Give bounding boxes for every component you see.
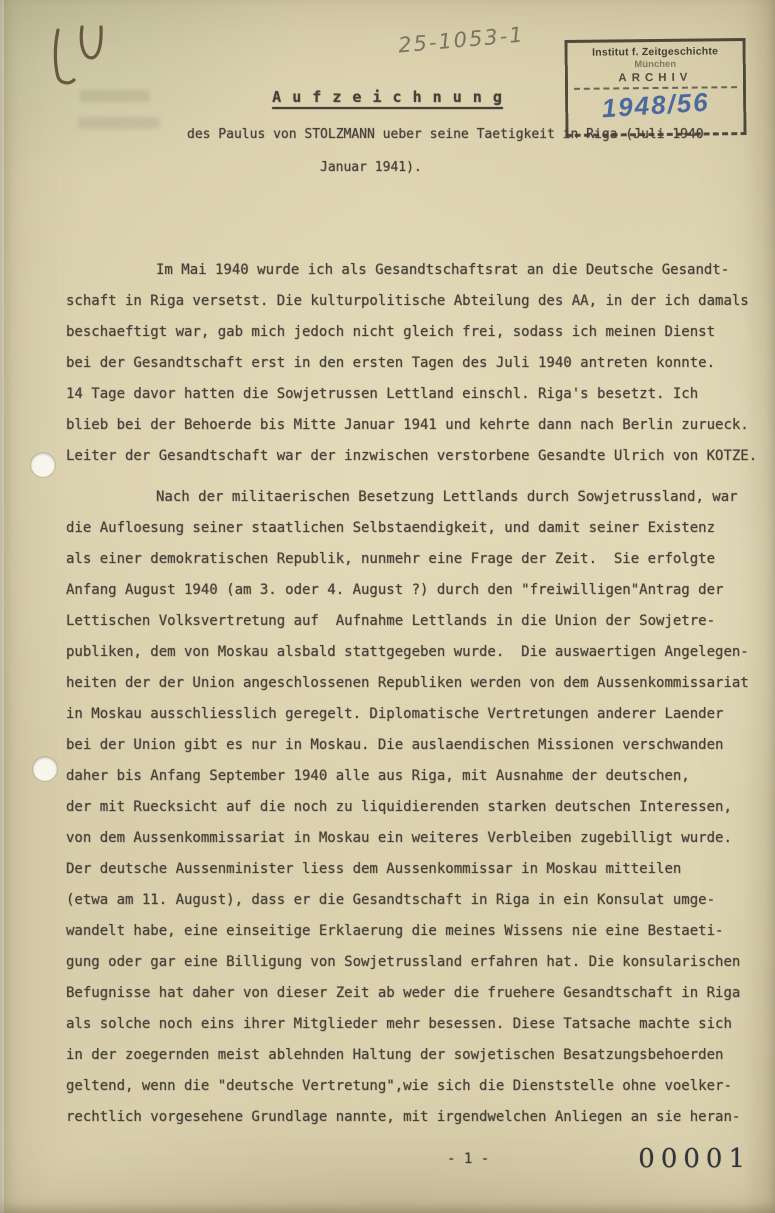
typed-line: rechtlich vorgesehene Grundlage nannte, … [66, 1102, 761, 1133]
typed-line: gung oder gar eine Billigung von Sowjetr… [66, 947, 761, 978]
typed-line: in Moskau ausschliesslich geregelt. Dipl… [66, 699, 761, 730]
typed-line: (etwa am 11. August), dass er die Gesand… [66, 885, 761, 916]
typed-line: Leiter der Gesandtschaft war der inzwisc… [66, 441, 761, 472]
typed-line: wandelt habe, eine einseitige Erklaerung… [66, 916, 761, 947]
typed-line: 14 Tage davor hatten die Sowjetrussen Le… [66, 379, 761, 410]
typed-line: die Aufloesung seiner staatlichen Selbst… [66, 513, 761, 544]
folio-stamp-number: 00001 [638, 1144, 751, 1174]
typed-line: bei der Union gibt es nur in Moskau. Die… [66, 730, 761, 761]
typed-line: blieb bei der Behoerde bis Mitte Januar … [66, 410, 761, 441]
paragraph: Nach der militaerischen Besetzung Lettla… [66, 482, 761, 1133]
pencil-archive-number: 25-1053-1 [397, 23, 525, 58]
typed-line: der mit Ruecksicht auf die noch zu liqui… [66, 792, 761, 823]
typed-line: als einer demokratischen Republik, nunme… [66, 544, 761, 575]
typed-line: geltend, wenn die "deutsche Vertretung",… [66, 1071, 761, 1102]
page-title: A u f z e i c h n u n g [0, 88, 775, 106]
typed-line: daher bis Anfang September 1940 alle aus… [66, 761, 761, 792]
doc-subtitle-line-2: Januar 1941). [320, 160, 422, 175]
stamp-institute-line: Institut f. Zeitgeschichte [568, 45, 743, 59]
typed-line: Lettischen Volksvertretung auf Aufnahme … [66, 606, 761, 637]
typed-line: schaft in Riga versetst. Die kulturpolit… [66, 286, 761, 317]
hole-punch-bottom [33, 757, 57, 781]
ink-smudge [78, 117, 160, 129]
paragraph: Im Mai 1940 wurde ich als Gesandtschafts… [66, 255, 761, 472]
typed-line: Im Mai 1940 wurde ich als Gesandtschafts… [66, 255, 761, 286]
stamp-city-line: München [568, 58, 743, 71]
typed-line: Befugnisse hat daher von dieser Zeit ab … [66, 978, 761, 1009]
typed-line: in der zoegernden meist ablehnden Haltun… [66, 1040, 761, 1071]
typed-line: Der deutsche Aussenminister liess dem Au… [66, 854, 761, 885]
hole-punch-top [31, 453, 55, 477]
typed-line: publiken, dem von Moskau alsbald stattge… [66, 637, 761, 668]
typed-line: bei der Gesandtschaft erst in den ersten… [66, 348, 761, 379]
typed-line: Nach der militaerischen Besetzung Lettla… [66, 482, 761, 513]
typed-line: beschaeftigt war, gab mich jedoch nicht … [66, 317, 761, 348]
doc-subtitle-line-1: des Paulus von STOLZMANN ueber seine Tae… [187, 127, 719, 142]
typed-line: Anfang August 1940 (am 3. oder 4. August… [66, 575, 761, 606]
typed-line: von dem Aussenkommissariat in Moskau ein… [66, 823, 761, 854]
scanned-document-page: 25-1053-1 Institut f. Zeitgeschichte Mün… [0, 0, 775, 1213]
typed-line: als solche noch eins ihrer Mitglieder me… [66, 1009, 761, 1040]
typed-line: heiten der der Union angeschlossenen Rep… [66, 668, 761, 699]
document-body: Im Mai 1940 wurde ich als Gesandtschafts… [66, 255, 761, 1133]
page-number: - 1 - [447, 1151, 489, 1167]
stamp-archiv-line: ARCHIV [568, 71, 743, 85]
